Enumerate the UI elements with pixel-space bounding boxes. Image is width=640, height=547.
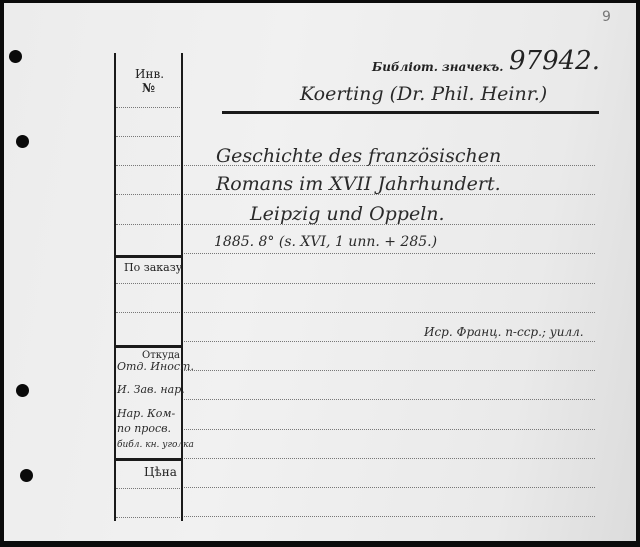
source-line-2: И. Зав. нар.	[117, 383, 185, 396]
source-line-1: Отд. Иност.	[117, 360, 194, 373]
source-line-3: Нар. Ком-	[117, 407, 175, 420]
rule	[184, 458, 595, 459]
punch-hole-3	[16, 384, 29, 397]
punch-hole-2	[16, 135, 29, 148]
catalog-card: 9 Инв. № По заказу Откуда Цѣна Отд. Инос…	[4, 3, 636, 541]
annotation-note: Иср. Франц. п-сср.; уилл.	[424, 325, 584, 339]
rule	[116, 312, 180, 313]
section-divider-price	[114, 458, 183, 461]
page-number: 9	[602, 9, 611, 25]
author-underline	[222, 111, 599, 114]
rule	[184, 487, 595, 488]
title-line-1: Geschichte des französischen	[216, 145, 501, 167]
rule	[184, 399, 595, 400]
left-column-divider	[181, 53, 183, 521]
rule	[184, 283, 595, 284]
source-line-4: по просв.	[117, 422, 171, 435]
inv-label: Инв.	[135, 67, 164, 81]
rule	[116, 107, 180, 108]
rule	[184, 429, 595, 430]
rule	[184, 516, 595, 517]
rule	[116, 488, 180, 489]
imprint-line: Leipzig und Oppeln.	[250, 203, 445, 225]
collation-line: 1885. 8° (s. XVI, 1 unn. + 285.)	[214, 234, 437, 250]
title-line-2: Romans im XVII Jahrhundert.	[216, 173, 501, 195]
rule	[184, 312, 595, 313]
rule	[184, 341, 595, 342]
price-label: Цѣна	[144, 465, 177, 479]
punch-hole-4	[20, 469, 33, 482]
section-divider-order	[114, 255, 183, 258]
section-divider-source	[114, 345, 183, 348]
rule	[116, 224, 180, 225]
source-line-5: библ. кн. уголка	[117, 440, 194, 450]
author-heading: Koerting (Dr. Phil. Heinr.)	[300, 83, 547, 105]
inv-number-sign: №	[142, 81, 155, 95]
left-column-border	[114, 53, 116, 521]
rule	[116, 517, 180, 518]
rule	[184, 253, 595, 254]
punch-hole-1	[9, 50, 22, 63]
rule	[184, 370, 595, 371]
rule	[116, 165, 180, 166]
shelfmark-label: Библіот. значекъ.	[372, 60, 503, 74]
rule	[116, 283, 180, 284]
order-label: По заказу	[124, 261, 182, 274]
shelfmark-value: 97942.	[509, 46, 600, 76]
rule	[116, 136, 180, 137]
rule	[116, 194, 180, 195]
